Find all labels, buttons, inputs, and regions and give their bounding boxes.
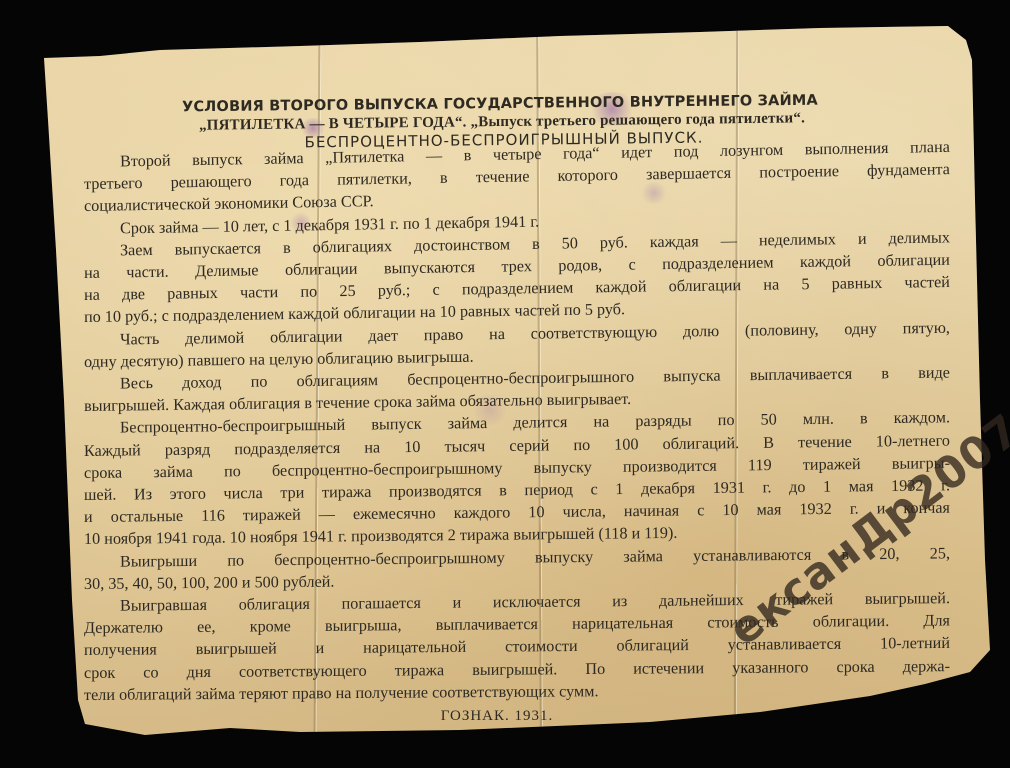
bond-conditions-text: УСЛОВИЯ ВТОРОГО ВЫПУСКА ГОСУДАРСТВЕННОГО… (84, 96, 950, 725)
body-paragraphs: Второй выпуск займа „Пятилетка — в четыр… (84, 151, 950, 706)
imprint: ГОЗНАК. 1931. (44, 708, 950, 725)
